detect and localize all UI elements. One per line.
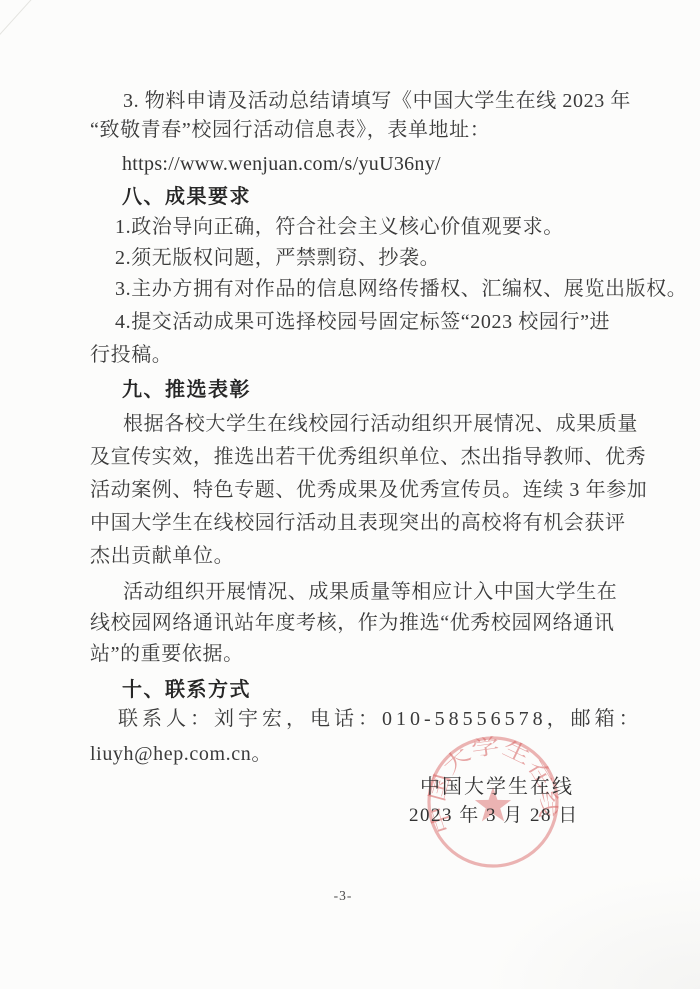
section8-item-4-line2: 行投稿。 [90,341,172,369]
section9-heading: 九、推选表彰 [122,376,251,404]
page-number: -3- [0,888,686,904]
section9-para2-line3: 站”的重要依据。 [90,640,244,668]
section9-para2-line2: 线校园网络通讯站年度考核，作为推选“优秀校园网络通讯 [90,609,614,637]
signature-org: 中国大学生在线 [420,770,574,799]
scan-edge-artifact [0,0,34,36]
contact-info-line: 联系人：刘宇宏，电话：010-58556578，邮箱： [118,705,643,733]
section9-para1-line5: 杰出贡献单位。 [90,542,234,570]
section9-para1-line3: 活动案例、特色专题、优秀成果及优秀宣传员。连续 3 年参加 [90,476,647,504]
signature-date: 2023 年 3 月 28 日 [409,800,579,827]
form-url-text: https://www.wenjuan.com/s/yuU36ny/ [122,150,441,178]
section8-item-3: 3.主办方拥有对作品的信息网络传播权、汇编权、展览出版权。 [115,275,687,303]
section9-para1-line1: 根据各校大学生在线校园行活动组织开展情况、成果质量 [123,410,638,438]
body-line-materials-1: 3. 物料申请及活动总结请填写《中国大学生在线 2023 年 [123,87,631,115]
section8-item-2: 2.须无版权问题，严禁剽窃、抄袭。 [115,244,440,272]
section8-item-4-line1: 4.提交活动成果可选择校园号固定标签“2023 校园行”进 [115,308,610,336]
body-line-materials-2: “致敬青春”校园行活动信息表》，表单地址： [90,116,490,144]
section8-heading: 八、成果要求 [122,183,251,211]
contact-email-line: liuyh@hep.com.cn。 [90,740,272,768]
section9-para2-line1: 活动组织开展情况、成果质量等相应计入中国大学生在 [123,578,617,606]
section8-item-1: 1.政治导向正确，符合社会主义核心价值观要求。 [115,213,564,241]
scanned-document-page: 3. 物料申请及活动总结请填写《中国大学生在线 2023 年 “致敬青春”校园行… [0,0,700,989]
section9-para1-line4: 中国大学生在线校园行活动且表现突出的高校将有机会获评 [90,509,626,537]
section9-para1-line2: 及宣传实效，推选出若干优秀组织单位、杰出指导教师、优秀 [90,443,646,471]
scan-shadow-artifact [480,869,700,989]
section10-heading: 十、联系方式 [122,676,251,704]
